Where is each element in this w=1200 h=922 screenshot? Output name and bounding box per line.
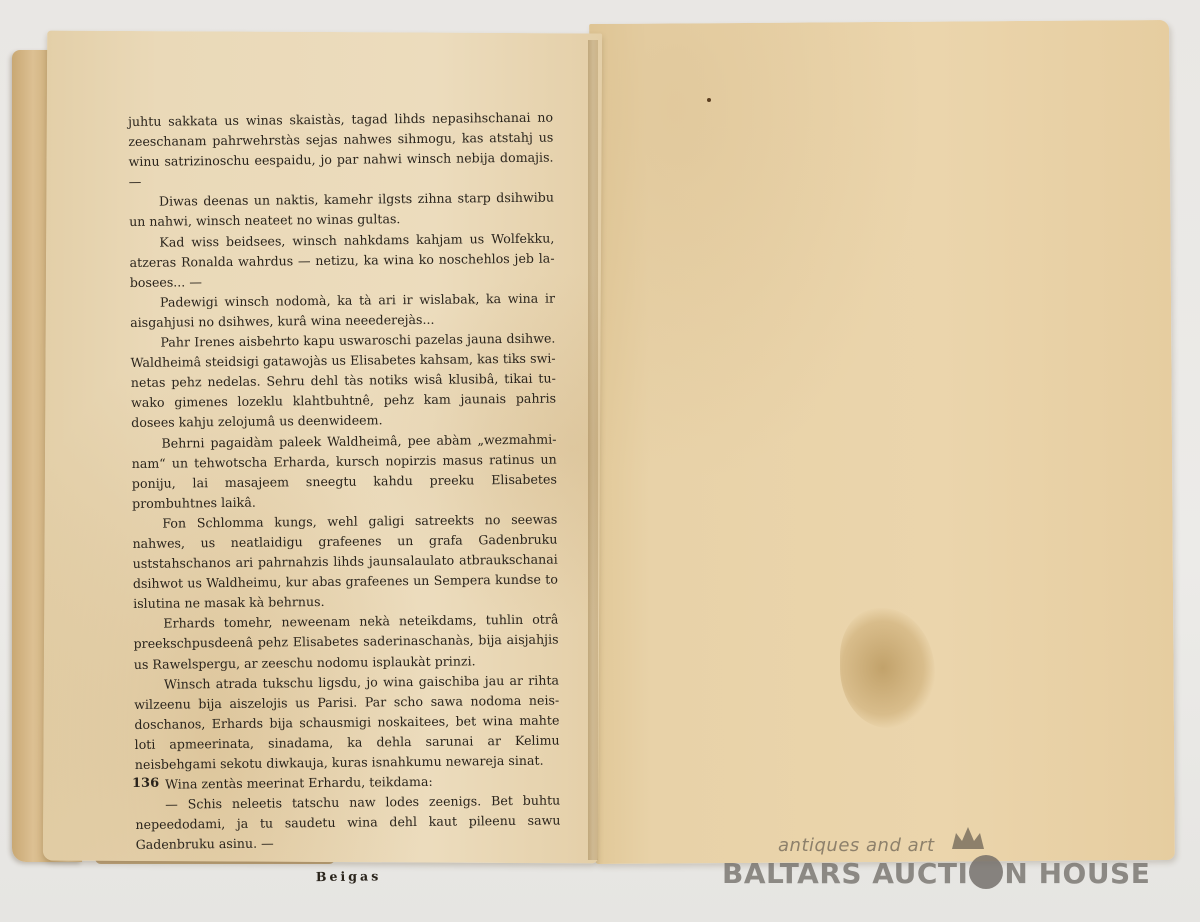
page-number: 136	[132, 776, 159, 791]
right-page-blank	[589, 20, 1175, 864]
watermark-brand-part1: BALTARS AUCTI	[722, 857, 968, 890]
logo-circle-icon	[969, 855, 1003, 889]
paragraph: Erhards tomehr, neweenam nekà neteikdams…	[133, 610, 559, 675]
foxing-spot	[707, 98, 711, 102]
paragraph: juhtu sakkata us winas skaistàs, tagad l…	[128, 108, 554, 193]
book-photo: juhtu sakkata us winas skaistàs, tagad l…	[0, 0, 1200, 922]
paragraph: Pahr Irenes aisbehrto kapu uswaroschi pa…	[130, 329, 556, 434]
paragraph: Fon Schlomma kungs, wehl galigi satreekt…	[132, 509, 558, 614]
book-gutter	[588, 40, 598, 860]
paragraph: Padewigi winsch nodomà, ka tà ari ir wis…	[130, 288, 555, 333]
paragraph: — Schis neleetis tatschu naw lodes zeeni…	[135, 791, 561, 856]
paragraph: Behrni pagaidàm paleek Waldheimâ, pee ab…	[131, 429, 557, 514]
watermark-tagline: antiques and art	[778, 835, 935, 856]
paragraph: Winsch atrada tukschu ligsdu, jo wina ga…	[134, 670, 560, 775]
paragraph: Kad wiss beidsees, winsch nahkdams kahja…	[129, 228, 555, 293]
crown-icon	[950, 825, 986, 851]
watermark-brand-part2: N HOUSE	[1004, 857, 1150, 890]
paragraph: Diwas deenas un naktis, kamehr ilgsts zi…	[129, 188, 554, 233]
watermark-brand: BALTARS AUCTIN HOUSE	[722, 855, 1150, 890]
page-text: juhtu sakkata us winas skaistàs, tagad l…	[128, 108, 561, 890]
auction-watermark: antiques and art BALTARS AUCTIN HOUSE	[722, 835, 1122, 895]
ending-word: Beigas	[136, 865, 561, 890]
